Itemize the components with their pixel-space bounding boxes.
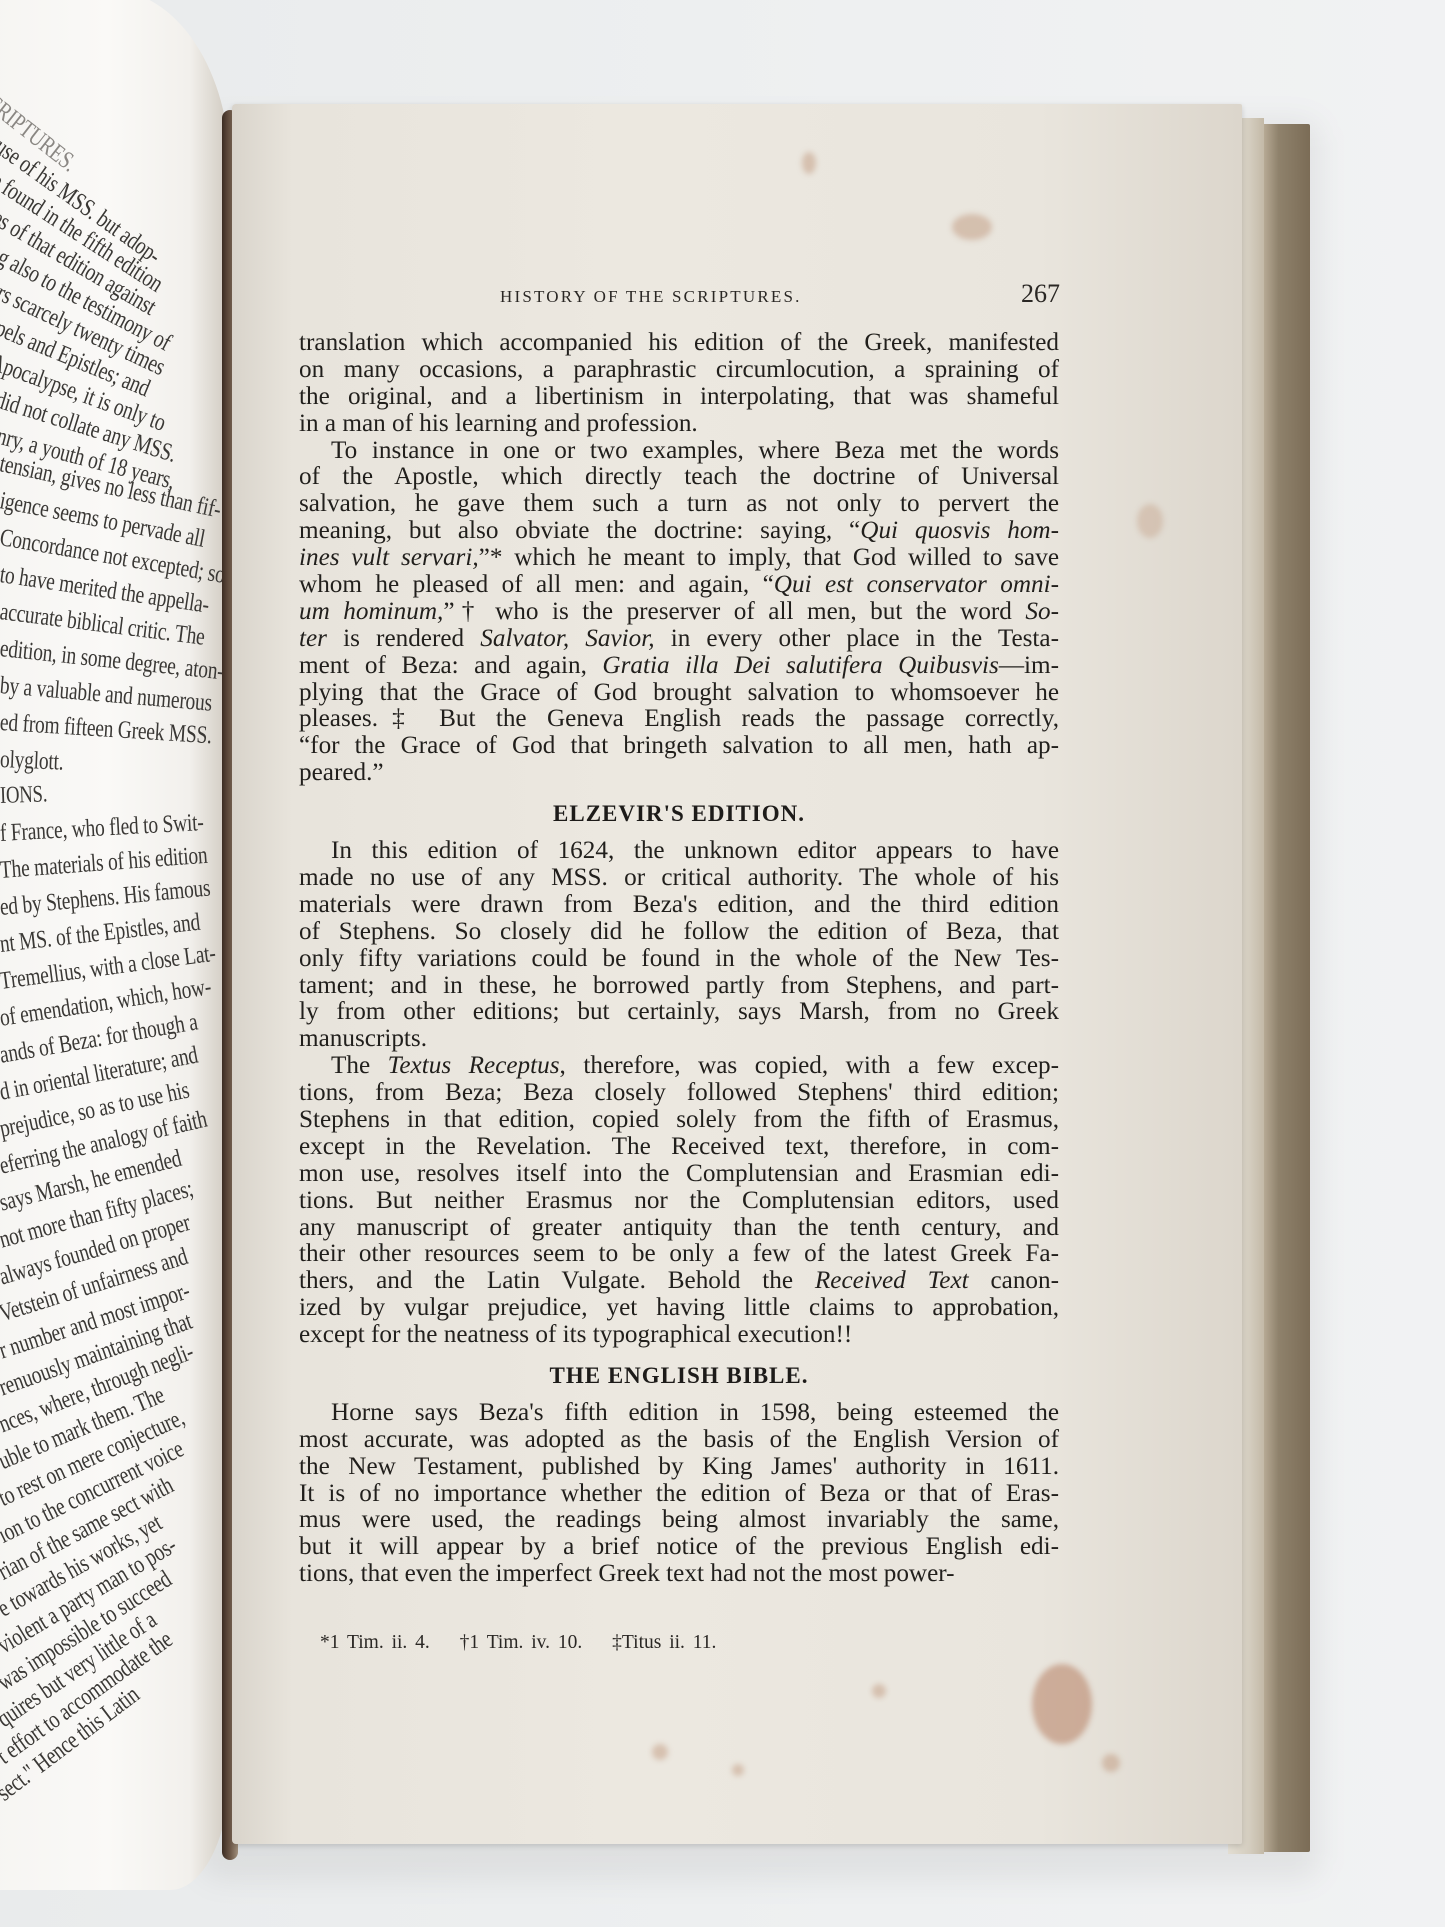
foxing-spot: [732, 1764, 744, 1776]
foxing-spot: [952, 214, 992, 240]
section-heading: THE ENGLISH BIBLE.: [299, 1363, 1059, 1390]
text-line: manuscripts.: [299, 1026, 1059, 1053]
text-line: Stephens in that edition, copied solely …: [299, 1107, 1059, 1134]
text-line: ines vult servari,”* which he meant to i…: [299, 545, 1059, 572]
footnote: †1 Tim. iv. 10.: [460, 1632, 583, 1653]
text-line: in a man of his learning and profession.: [299, 411, 1059, 438]
foxing-spot: [652, 1744, 668, 1760]
text-line: whom he pleased of all men: and again, “…: [299, 572, 1059, 599]
text-line: tions. But neither Erasmus nor the Compl…: [299, 1188, 1059, 1215]
text-line: plying that the Grace of God brought sal…: [299, 680, 1059, 707]
text-line: of the Apostle, which directly teach the…: [299, 464, 1059, 491]
text-line: most accurate, was adopted as the basis …: [299, 1427, 1059, 1454]
text-line: any manuscript of greater antiquity than…: [299, 1215, 1059, 1242]
section-heading: ELZEVIR'S EDITION.: [299, 801, 1059, 828]
text-line: Horne says Beza's fifth edition in 1598,…: [299, 1400, 1059, 1427]
text-line: their other resources seem to be only a …: [299, 1241, 1059, 1268]
text-line: To instance in one or two examples, wher…: [299, 438, 1059, 465]
text-line: um hominum,”† who is the preserver of al…: [299, 599, 1059, 626]
text-line: tions, from Beza; Beza closely followed …: [299, 1080, 1059, 1107]
page-body: translation which accompanied his editio…: [299, 330, 1059, 1588]
text-line: ment of Beza: and again, Gratia illa Dei…: [299, 653, 1059, 680]
text-line: on many occasions, a paraphrastic circum…: [299, 357, 1059, 384]
text-line: ized by vulgar prejudice, yet having lit…: [299, 1295, 1059, 1322]
text-line: of Stephens. So closely did he follow th…: [299, 919, 1059, 946]
left-page-text-fragment: IONS.: [0, 781, 48, 810]
footnote: ‡Titus ii. 11.: [612, 1632, 716, 1653]
text-line: thers, and the Latin Vulgate. Behold the…: [299, 1268, 1059, 1295]
foxing-spot: [802, 152, 816, 174]
text-line: ly from other editions; but certainly, s…: [299, 999, 1059, 1026]
foxing-spot: [872, 1684, 886, 1698]
footnotes: *1 Tim. ii. 4. †1 Tim. iv. 10. ‡Titus ii…: [320, 1632, 738, 1654]
text-line: pleases.‡ But the Geneva English reads t…: [299, 706, 1059, 733]
foxing-spot: [1032, 1664, 1092, 1744]
text-line: In this edition of 1624, the unknown edi…: [299, 838, 1059, 865]
footnote: *1 Tim. ii. 4.: [320, 1632, 430, 1653]
page-number: 267: [1021, 279, 1060, 309]
running-head: HISTORY OF THE SCRIPTURES.: [500, 287, 802, 307]
text-line: only fifty variations could be found in …: [299, 946, 1059, 973]
text-line: ter is rendered Salvator, Savior, in eve…: [299, 626, 1059, 653]
text-line: the original, and a libertinism in inter…: [299, 384, 1059, 411]
text-line: “for the Grace of God that bringeth salv…: [299, 733, 1059, 760]
page-header: HISTORY OF THE SCRIPTURES. 267: [500, 283, 1060, 313]
text-line: materials were drawn from Beza's edition…: [299, 892, 1059, 919]
text-line: peared.”: [299, 760, 1059, 787]
text-line: except in the Revelation. The Received t…: [299, 1134, 1059, 1161]
left-page-text-fragment: olyglott.: [0, 746, 64, 777]
text-line: translation which accompanied his editio…: [299, 330, 1059, 357]
text-line: It is of no importance whether the editi…: [299, 1481, 1059, 1508]
left-page: SCRIPTURES.no use of his MSS. but adop-r…: [0, 0, 230, 1890]
text-line: The Textus Receptus, therefore, was copi…: [299, 1053, 1059, 1080]
text-line: made no use of any MSS. or critical auth…: [299, 865, 1059, 892]
foxing-spot: [1137, 504, 1163, 538]
text-line: mon use, resolves itself into the Complu…: [299, 1161, 1059, 1188]
text-line: tament; and in these, he borrowed partly…: [299, 973, 1059, 1000]
text-line: the New Testament, published by King Jam…: [299, 1454, 1059, 1481]
text-line: tions, that even the imperfect Greek tex…: [299, 1561, 1059, 1588]
text-line: except for the neatness of its typograph…: [299, 1322, 1059, 1349]
left-page-text-fragment: f France, who fled to Swit-: [0, 809, 204, 848]
text-line: salvation, he gave them such a turn as n…: [299, 491, 1059, 518]
text-line: but it will appear by a brief notice of …: [299, 1534, 1059, 1561]
text-line: meaning, but also obviate the doctrine: …: [299, 518, 1059, 545]
foxing-spot: [1102, 1754, 1120, 1772]
text-line: mus were used, the readings being almost…: [299, 1507, 1059, 1534]
